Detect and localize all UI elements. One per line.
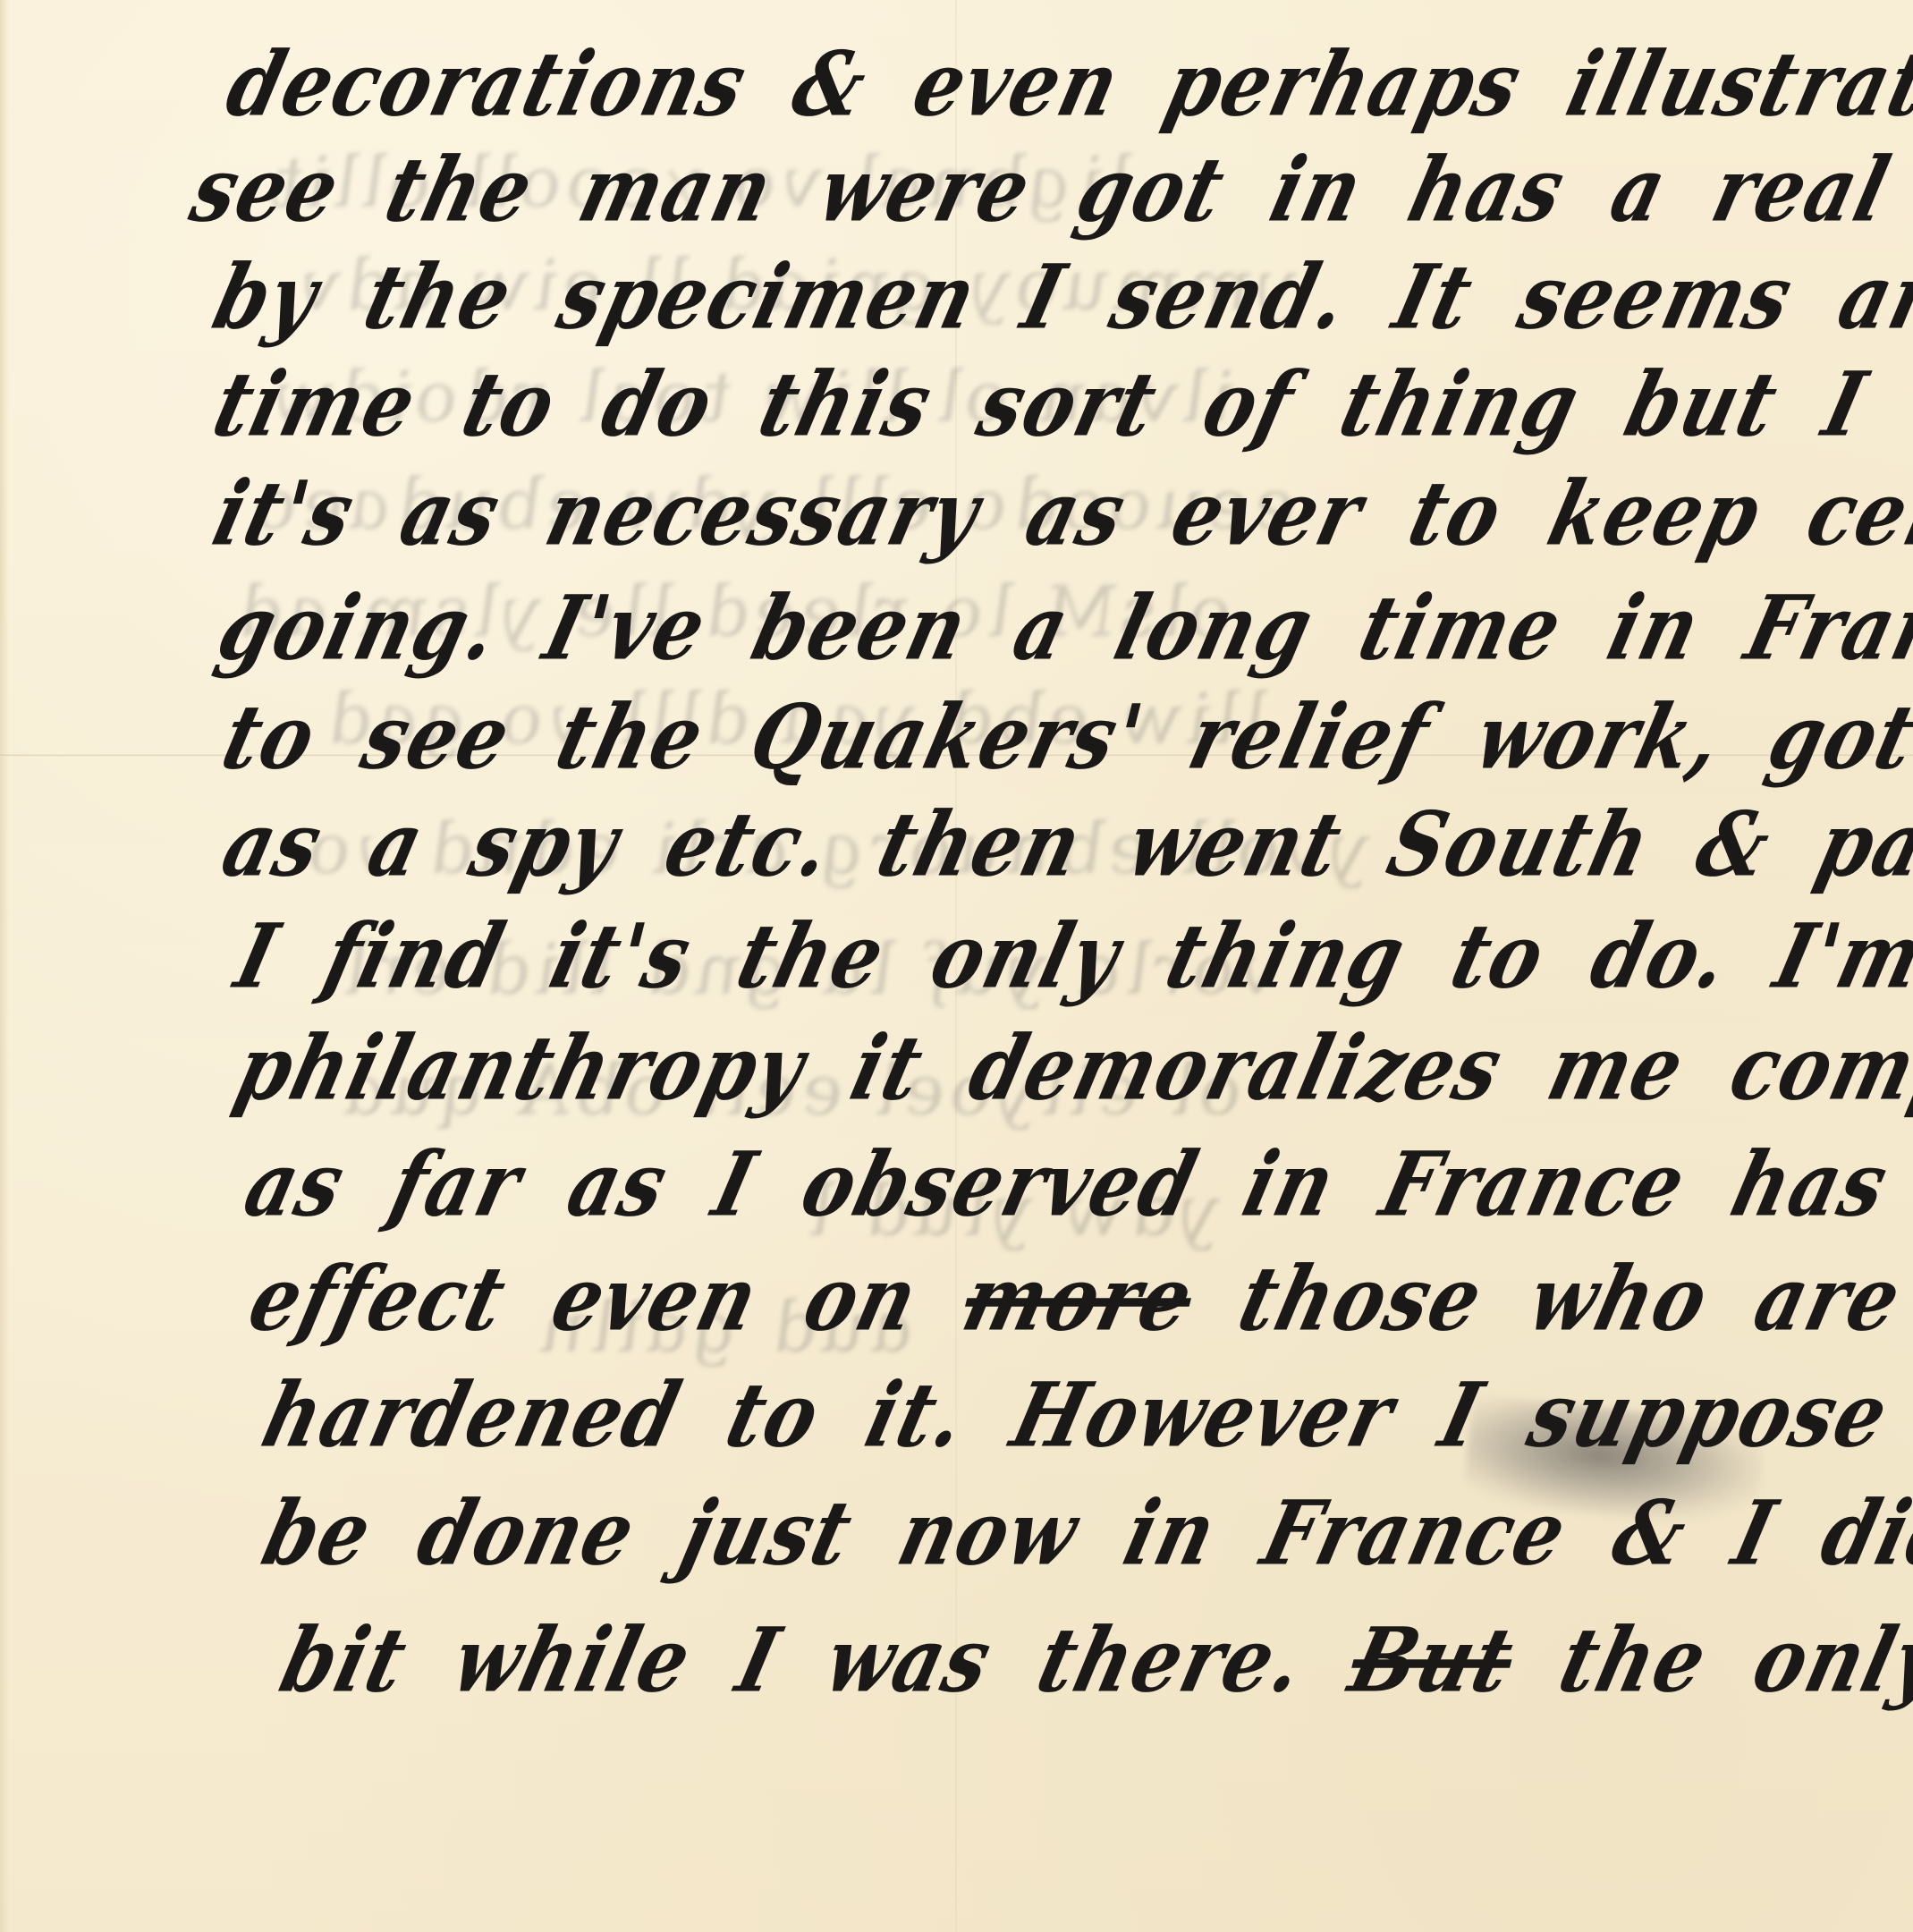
struck-word: But [1341,1607,1525,1712]
handwriting-line-9: I find it's the only thing to do. I'm no… [228,912,1913,1001]
handwriting-line-4: time to do this sort of thing but I thin… [206,360,1913,449]
handwriting-line-2: see the man were got in has a real talen… [183,146,1913,234]
handwriting-line-12: effect even on more those who are more [241,1255,1913,1343]
handwriting-line-5: it's as necessary as ever to keep certai… [206,470,1913,558]
handwriting-line-3: by the specimen I send. It seems an odd [206,253,1913,342]
struck-word: more [954,1246,1205,1351]
handwriting-line-7: to see the Quakers' relief work, got arr… [215,693,1913,782]
handwriting-line-6: going. I've been a long time in France -… [210,584,1913,673]
handwriting-line-10: philanthropy it demoralizes me completel… [228,1024,1913,1113]
handwriting-line-15: bit while I was there. But the only phil… [273,1616,1913,1705]
handwriting-line-1: decorations & even perhaps illustrations… [219,40,1913,129]
handwriting-line-11: as far as I observed in France has a bad [237,1140,1913,1229]
paper-edge [0,0,9,1932]
handwriting-line-8: as a spy etc. then went South & painted. [215,801,1913,889]
handwriting-line-14: be done just now in France & I did a goo… [255,1489,1913,1578]
handwriting-line-13: hardened to it. However I suppose it's g… [255,1371,1913,1460]
letter-page: ligbnal vo xoooll ollit ymmuoy gniad ll … [0,0,1913,1932]
